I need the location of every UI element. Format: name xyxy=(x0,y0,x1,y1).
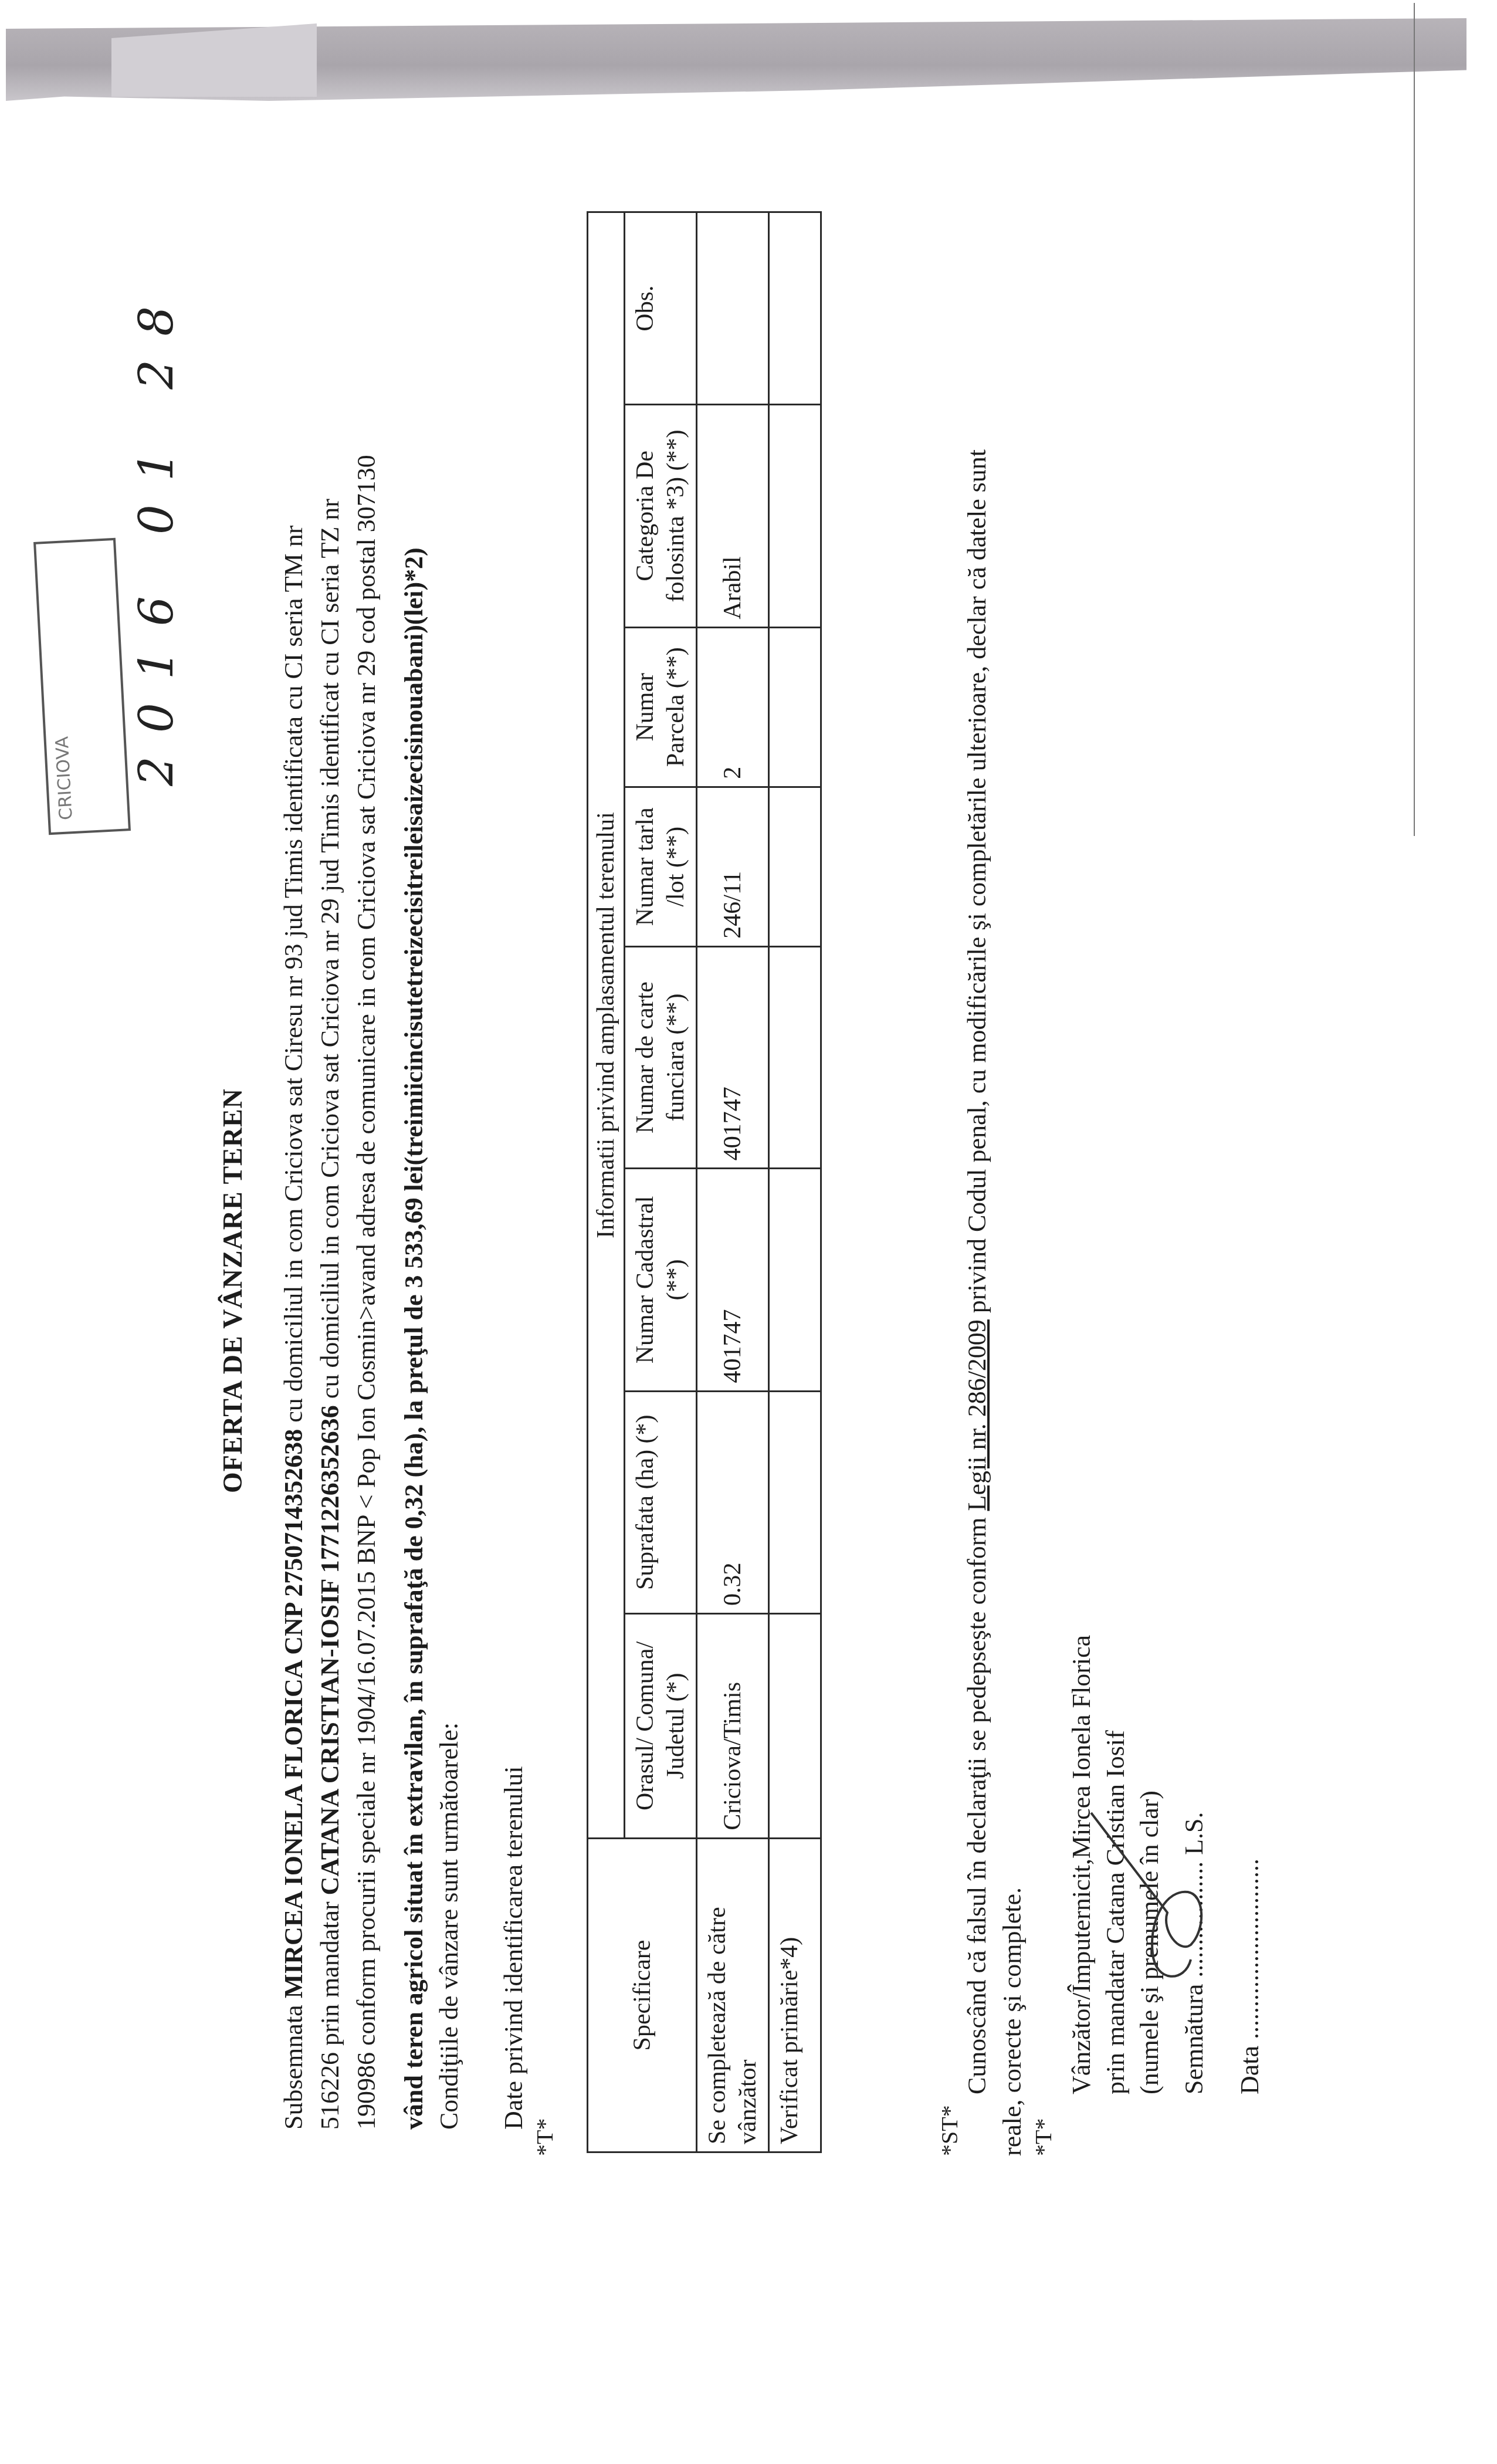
table-row: Se completează de către vânzător Criciov… xyxy=(697,212,769,2152)
intro-text: cu domiciliul in com Criciova sat Cricio… xyxy=(316,499,344,1405)
scanner-edge-line xyxy=(1414,3,1415,836)
cell-empty xyxy=(769,1391,821,1613)
column-header: Obs. xyxy=(625,212,697,405)
offer-statement: vând teren agricol situat în extravilan,… xyxy=(399,547,429,2130)
conditions-label: Condiţiile de vânzare sunt următoarele: xyxy=(434,1722,464,2130)
seller-intro-paragraph: Subsemnata MIRCEA IONELA FLORICA CNP 275… xyxy=(276,194,385,2130)
cell-category: Arabil xyxy=(697,405,769,627)
cell-empty xyxy=(769,946,821,1169)
land-identification-table: Specificare Informatii privind amplasame… xyxy=(587,211,822,2153)
handwritten-signature-icon xyxy=(1079,1795,1220,1995)
handwritten-registration-date: 2016 01 28 xyxy=(129,283,184,786)
seller-name-cnp: MIRCEA IONELA FLORICA CNP 2750714352638 xyxy=(279,1429,308,1999)
column-header: Suprafata (ha) (*) xyxy=(625,1391,697,1613)
cell-empty xyxy=(769,627,821,787)
intro-text: Subsemnata xyxy=(279,1998,308,2130)
document-page: OFERTA DE VÂNZARE TEREN Subsemnata MIRCE… xyxy=(0,117,1349,2288)
identification-heading: Date privind identificarea terenului xyxy=(499,1766,529,2130)
declaration-line-2: reale, corecte şi complete. xyxy=(997,1887,1027,2156)
cell-empty xyxy=(769,787,821,946)
cell-empty xyxy=(769,1613,821,1838)
table-header-row: Specificare Informatii privind amplasame… xyxy=(588,212,625,2152)
law-reference: Legii nr. 286/2009 xyxy=(963,1319,991,1511)
intro-line-3: 190986 conform procurii speciale nr 1904… xyxy=(348,194,385,2130)
t-marker: *T* xyxy=(531,2118,558,2156)
column-header: Categoria De folosinta *3) (**) xyxy=(625,405,697,627)
cell-locality: Criciova/Timis xyxy=(697,1613,769,1838)
document-title: OFERTA DE VÂNZARE TEREN xyxy=(217,293,248,2288)
date-field: Data ............................ xyxy=(1235,1859,1265,2094)
intro-line-2: 516226 prin mandatar CATANA CRISTIAN-IOS… xyxy=(312,194,348,2130)
cell-empty xyxy=(769,405,821,627)
column-header: Numar de carte funciara (**) xyxy=(625,946,697,1169)
intro-text: 516226 prin mandatar xyxy=(316,1895,344,2130)
st-marker: *ST* xyxy=(936,2105,963,2156)
cell-empty xyxy=(769,212,821,405)
registration-stamp: CRICIOVA xyxy=(33,538,131,835)
cell-tarla-lot: 246/11 xyxy=(697,787,769,946)
row-label: Se completează de către vânzător xyxy=(697,1838,769,2152)
cell-obs xyxy=(697,212,769,405)
t-marker: *T* xyxy=(1029,2118,1057,2156)
declaration-line-1: Cunoscând că falsul în declaraţii se ped… xyxy=(962,449,992,2094)
declaration-text: privind Codul penal, cu modificările şi … xyxy=(963,449,991,1319)
cell-parcel: 2 xyxy=(697,627,769,787)
intro-line-1: Subsemnata MIRCEA IONELA FLORICA CNP 275… xyxy=(276,194,312,2130)
cell-land-book: 401747 xyxy=(697,946,769,1169)
cell-area: 0.32 xyxy=(697,1391,769,1613)
cell-empty xyxy=(769,1169,821,1391)
column-header: Numar tarla /lot (**) xyxy=(625,787,697,946)
declaration-text: Cunoscând că falsul în declaraţii se ped… xyxy=(963,1511,991,2094)
column-header: Numar Parcela (**) xyxy=(625,627,697,787)
row-label: Verificat primărie*4) xyxy=(769,1838,821,2152)
column-header: Orasul/ Comuna/ Judetul (*) xyxy=(625,1613,697,1838)
intro-text: cu domiciliul in com Criciova sat Ciresu… xyxy=(279,526,308,1429)
mandatary-name-cnp: CATANA CRISTIAN-IOSIF 1771226352636 xyxy=(316,1405,344,1895)
group-header: Informatii privind amplasamentul terenul… xyxy=(588,212,625,1839)
cell-cadastral: 401747 xyxy=(697,1169,769,1391)
column-header: Numar Cadastral (**) xyxy=(625,1169,697,1391)
spec-header: Specificare xyxy=(588,1838,697,2152)
table-row: Verificat primărie*4) xyxy=(769,212,821,2152)
